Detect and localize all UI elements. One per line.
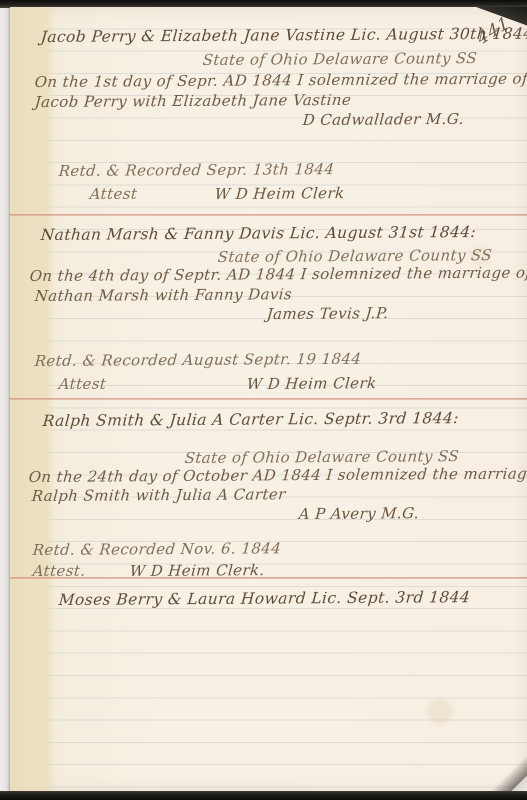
entry-record-line: Jacob Perry & Elizabeth Jane Vastine Lic…	[40, 25, 527, 46]
solemnized-line: On the 24th day of October AD 1844 I sol…	[28, 464, 527, 486]
clerk-signature: W D Heim Clerk	[214, 184, 345, 203]
officiant-signature: James Tevis J.P.	[266, 304, 389, 323]
entry-separator-line	[10, 214, 527, 216]
recorded-line: Retd. & Recorded Sepr. 13th 1844	[58, 160, 335, 180]
clerk-signature: W D Heim Clerk	[246, 374, 377, 393]
officiant-signature: D Cadwallader M.G.	[302, 110, 465, 129]
officiant-signature: A P Avery M.G.	[298, 504, 420, 523]
entry-separator-line	[10, 398, 527, 400]
entry-record-line: Moses Berry & Laura Howard Lic. Sept. 3r…	[58, 588, 471, 609]
entry-separator-line	[10, 577, 527, 579]
attest-label: Attest	[89, 185, 138, 203]
entry-record-line: Nathan Marsh & Fanny Davis Lic. August 3…	[40, 223, 477, 244]
couple-line: Ralph Smith with Julia A Carter	[31, 485, 287, 505]
book-edge-bottom	[0, 791, 527, 800]
ledger-scan: 441 Jacob Perry & Elizabeth Jane Vastine…	[0, 0, 527, 800]
couple-line: Jacob Perry with Elizabeth Jane Vastine	[34, 91, 352, 111]
solemnized-line: On the 1st day of Sepr. AD 1844 I solemn…	[34, 70, 527, 91]
ledger-page: 441 Jacob Perry & Elizabeth Jane Vastine…	[10, 7, 527, 792]
state-county-line: State of Ohio Delaware County SS	[202, 49, 478, 69]
page-outer-edge	[0, 0, 10, 800]
state-county-line: State of Ohio Delaware County SS	[184, 447, 460, 467]
entry-record-line: Ralph Smith & Julia A Carter Lic. Septr.…	[42, 409, 460, 430]
state-county-line: State of Ohio Delaware County SS	[217, 246, 493, 266]
torn-corner-bottom-right	[487, 742, 527, 792]
attest-label: Attest	[58, 375, 107, 393]
recorded-line: Retd. & Recorded Nov. 6. 1844	[32, 539, 282, 559]
solemnized-line: On the 4th day of Septr. AD 1844 I solem…	[29, 264, 527, 285]
couple-line: Nathan Marsh with Fanny Davis	[34, 285, 293, 305]
recorded-line: Retd. & Recorded August Septr. 19 1844	[34, 350, 362, 370]
